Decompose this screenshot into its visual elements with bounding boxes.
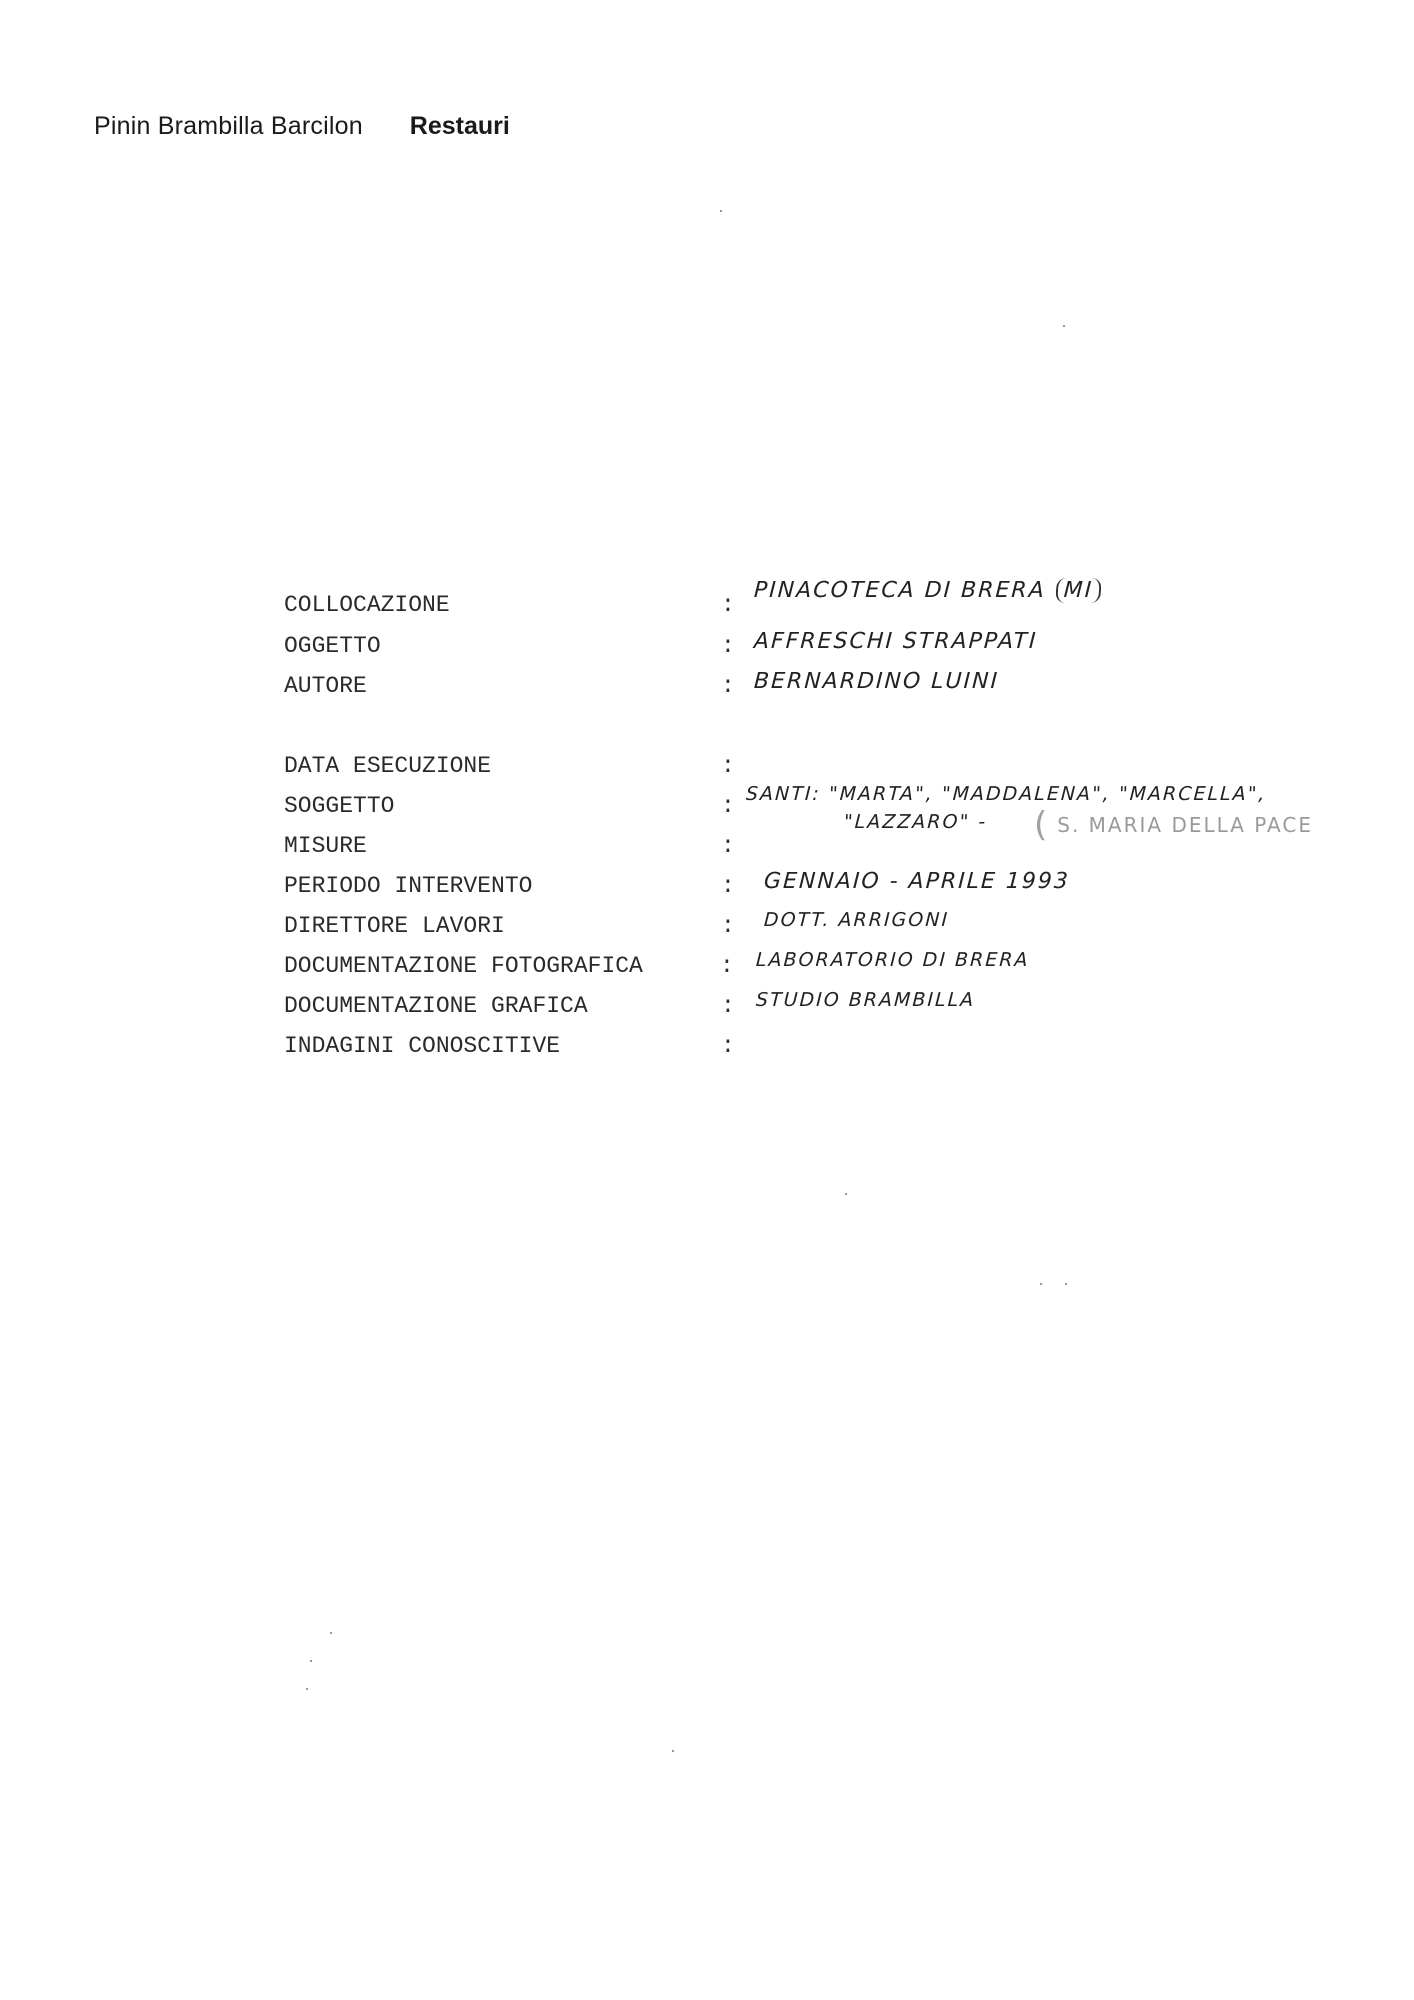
field-label: DIRETTORE LAVORI bbox=[284, 913, 505, 939]
field-label: SOGGETTO bbox=[284, 793, 394, 819]
scan-speck bbox=[845, 1193, 847, 1195]
field-label: DOCUMENTAZIONE FOTOGRAFICA bbox=[284, 953, 643, 979]
field-separator: : bbox=[720, 953, 734, 979]
field-separator: : bbox=[721, 993, 735, 1019]
form-row-indagini-conoscitive: INDAGINI CONOSCITIVE : bbox=[284, 1033, 1414, 1073]
scan-speck bbox=[1040, 1283, 1042, 1285]
field-separator: : bbox=[721, 793, 735, 819]
scan-speck bbox=[1063, 325, 1065, 327]
form-row-direttore-lavori: DIRETTORE LAVORI : DOTT. ARRIGONI bbox=[284, 913, 1414, 953]
form-row-documentazione-fotografica: DOCUMENTAZIONE FOTOGRAFICA : LABORATORIO… bbox=[284, 953, 1414, 993]
field-separator: : bbox=[721, 633, 735, 659]
field-separator: : bbox=[721, 873, 735, 899]
field-value: STUDIO BRAMBILLA bbox=[755, 989, 975, 1011]
field-value: BERNARDINO LUINI bbox=[753, 669, 999, 694]
field-value: AFFRESCHI STRAPPATI bbox=[753, 629, 1038, 654]
field-label: OGGETTO bbox=[284, 633, 381, 659]
scan-speck bbox=[672, 1750, 674, 1752]
field-value: GENNAIO - APRILE 1993 bbox=[763, 869, 1070, 894]
field-value: DOTT. ARRIGONI bbox=[763, 909, 949, 931]
province-note: MI bbox=[1055, 578, 1102, 603]
field-separator: : bbox=[721, 673, 735, 699]
field-value-line2: "LAZZARO" - bbox=[843, 811, 987, 833]
field-separator: : bbox=[721, 753, 735, 779]
field-label: PERIODO INTERVENTO bbox=[284, 873, 532, 899]
form-row-periodo-intervento: PERIODO INTERVENTO : GENNAIO - APRILE 19… bbox=[284, 873, 1414, 913]
form-row-collocazione: COLLOCAZIONE : PINACOTECA DI BRERAMI bbox=[284, 592, 1414, 632]
field-label: COLLOCAZIONE bbox=[284, 592, 450, 618]
scan-speck bbox=[330, 1632, 332, 1634]
scan-speck bbox=[1065, 1283, 1067, 1285]
field-label: MISURE bbox=[284, 833, 367, 859]
scan-speck bbox=[306, 1688, 308, 1690]
form-row-misure: MISURE : bbox=[284, 833, 1414, 873]
field-label: INDAGINI CONOSCITIVE bbox=[284, 1033, 560, 1059]
collocazione-value: PINACOTECA DI BRERA bbox=[753, 578, 1046, 603]
field-separator: : bbox=[721, 913, 735, 939]
form-row-oggetto: OGGETTO : AFFRESCHI STRAPPATI bbox=[284, 633, 1414, 673]
form-row-documentazione-grafica: DOCUMENTAZIONE GRAFICA : STUDIO BRAMBILL… bbox=[284, 993, 1414, 1033]
field-value: LABORATORIO DI BRERA bbox=[755, 949, 1030, 971]
field-separator: : bbox=[721, 1033, 735, 1059]
field-label: AUTORE bbox=[284, 673, 367, 699]
field-value: SANTI: "MARTA", "MADDALENA", "MARCELLA", bbox=[745, 783, 1267, 805]
scan-speck bbox=[720, 210, 722, 212]
field-separator: : bbox=[721, 592, 735, 618]
scan-speck bbox=[310, 1660, 312, 1662]
field-value: PINACOTECA DI BRERAMI bbox=[753, 578, 1102, 603]
form-row-autore: AUTORE : BERNARDINO LUINI bbox=[284, 673, 1414, 713]
field-label: DATA ESECUZIONE bbox=[284, 753, 491, 779]
field-separator: : bbox=[721, 833, 735, 859]
restoration-form: COLLOCAZIONE : PINACOTECA DI BRERAMI OGG… bbox=[284, 0, 1414, 2000]
field-label: DOCUMENTAZIONE GRAFICA bbox=[284, 993, 588, 1019]
